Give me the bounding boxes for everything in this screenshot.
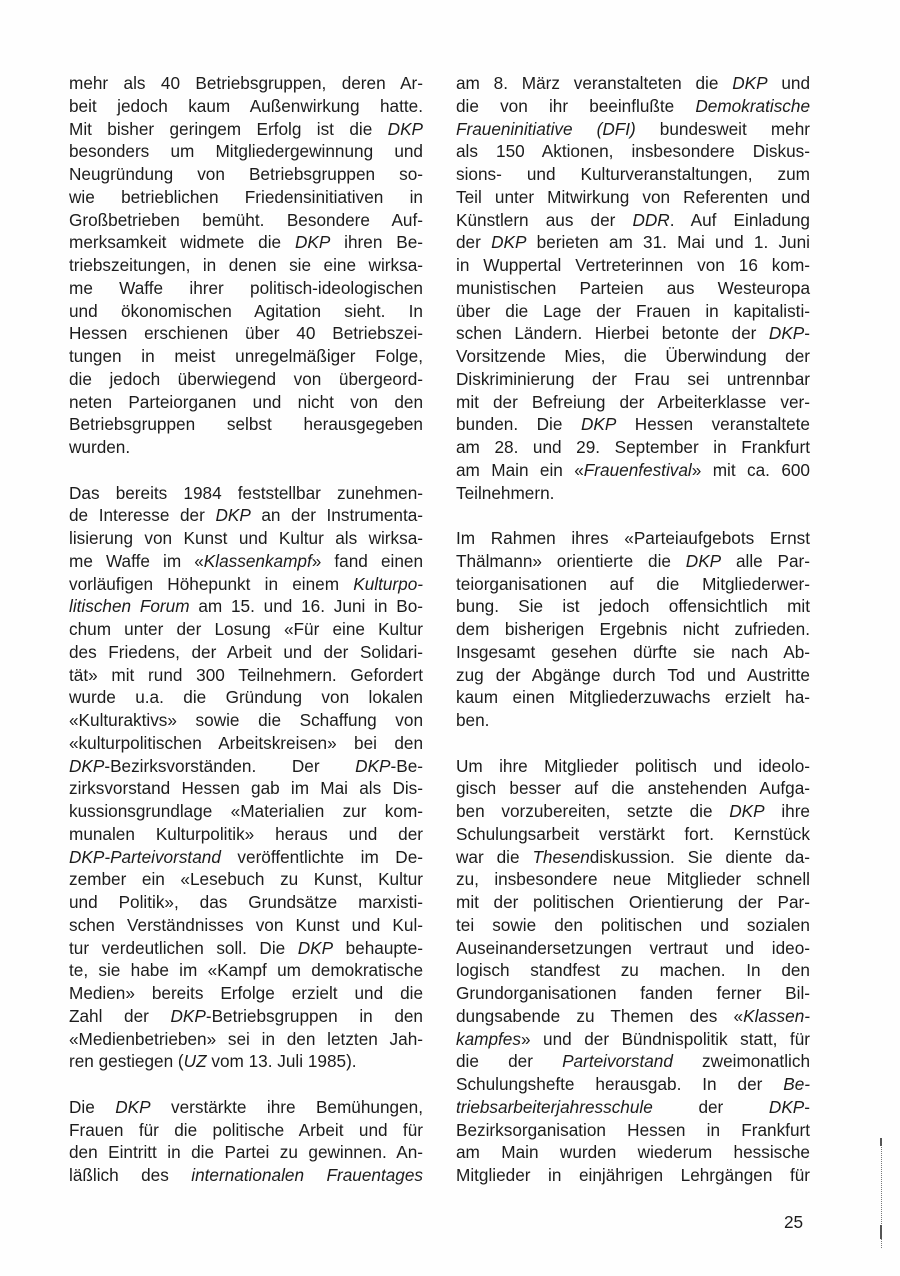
text-segment: te, sie habe im «Kampf um demokratische (69, 960, 423, 980)
text-line: Mitglieder in einjährigen Lehrgängen für (456, 1164, 810, 1187)
text-segment: Grundorganisationen fanden ferner Bil- (456, 983, 810, 1003)
text-segment: am 8. März veranstalteten die (456, 73, 732, 93)
text-segment: Zahl der (69, 1006, 171, 1026)
text-line: «Kulturaktivs» sowie die Schaffung von (69, 709, 423, 732)
scan-edge-tick (880, 1225, 882, 1239)
text-segment: » mit ca. 600 (692, 460, 810, 480)
text-line: tät» mit rund 300 Teilnehmern. Gefordert (69, 664, 423, 687)
text-line: Betriebsgruppen selbst herausgegeben (69, 413, 423, 436)
text-segment: me Waffe im « (69, 551, 204, 571)
text-segment: tät» mit rund 300 Teilnehmern. Gefordert (69, 665, 423, 685)
paragraph: Das bereits 1984 feststellbar zunehmen-d… (69, 482, 423, 1074)
text-line: sions- und Kulturveranstaltungen, zum (456, 163, 810, 186)
text-segment: Frauen für die politische Arbeit und für (69, 1120, 423, 1140)
text-line: tei sowie den politischen und sozialen (456, 914, 810, 937)
text-segment: diskussion. Sie diente da- (590, 847, 810, 867)
text-line: kussionsgrundlage «Materialien zur kom- (69, 800, 423, 823)
text-line: Um ihre Mitglieder politisch und ideolo- (456, 755, 810, 778)
text-segment: Medien» bereits Erfolge erzielt und die (69, 983, 423, 1003)
italic-text: DKP (295, 232, 330, 252)
text-segment: Hessen erschienen über 40 Betriebszei- (69, 323, 423, 343)
text-segment: -Bezirksvorständen. Der (104, 756, 355, 776)
italic-text: DKP (686, 551, 721, 571)
italic-text: DDR (632, 210, 669, 230)
text-segment: Insgesamt gesehen dürfte sie nach Ab- (456, 642, 810, 662)
text-segment: mit der Befreiung der Arbeiterklasse ver… (456, 392, 810, 412)
text-segment: ben. (456, 710, 489, 730)
text-segment: am 15. und 16. Juni in Bo- (190, 596, 423, 616)
italic-text: Frauenfestival (584, 460, 692, 480)
text-segment: besonders um Mitgliedergewinnung und (69, 141, 423, 161)
text-segment: Betriebsgruppen selbst herausgegeben (69, 414, 423, 434)
text-line: munistischen Parteien aus Westeuropa (456, 277, 810, 300)
text-segment: tei sowie den politischen und sozialen (456, 915, 810, 935)
text-segment: ihren Be- (330, 232, 423, 252)
text-segment: läßlich des (69, 1165, 191, 1185)
text-line: Künstlern aus der DDR. Auf Einladung (456, 209, 810, 232)
text-line: gisch besser auf die anstehenden Aufga- (456, 777, 810, 800)
text-segment: beit jedoch kaum Außenwirkung hatte. (69, 96, 423, 116)
text-segment: berieten am 31. Mai und 1. Juni (526, 232, 810, 252)
text-line: Schulungsarbeit verstärkt fort. Kernstüc… (456, 823, 810, 846)
text-line: zu, insbesondere neue Mitglieder schnell (456, 868, 810, 891)
text-segment: Künstlern aus der (456, 210, 632, 230)
text-segment: am Main wurden wiederum hessische (456, 1142, 810, 1162)
text-line: Bezirksorganisation Hessen in Frankfurt (456, 1119, 810, 1142)
italic-text: DKP (298, 938, 333, 958)
text-line: wie betrieblichen Friedensinitiativen in (69, 186, 423, 209)
italic-text: DKP (729, 801, 764, 821)
text-segment: zu, insbesondere neue Mitglieder schnell (456, 869, 810, 889)
italic-text: litischen Forum (69, 596, 190, 616)
text-segment: die jedoch überwiegend von übergeord- (69, 369, 423, 389)
text-segment: zember ein «Lesebuch zu Kunst, Kultur (69, 869, 423, 889)
text-line: dem bisherigen Ergebnis nicht zufrieden. (456, 618, 810, 641)
text-segment: «Kulturaktivs» sowie die Schaffung von (69, 710, 423, 730)
italic-text: DKP (69, 756, 104, 776)
text-line: läßlich des internationalen Frauentages (69, 1164, 423, 1187)
italic-text: internationalen Frauentages (191, 1165, 423, 1185)
text-segment: schen Ländern. Hierbei betonte der (456, 323, 769, 343)
italic-text: kampfes (456, 1029, 521, 1049)
text-line: Grundorganisationen fanden ferner Bil- (456, 982, 810, 1005)
text-line: über die Lage der Frauen in kapitalisti- (456, 300, 810, 323)
italic-text: DKP (769, 323, 804, 343)
text-segment: war die (456, 847, 532, 867)
text-segment: des Friedens, der Arbeit und der Solidar… (69, 642, 423, 662)
text-segment: die der (456, 1051, 562, 1071)
text-segment: teiorganisationen auf die Mitgliederwer- (456, 574, 810, 594)
text-segment: chum unter der Losung «Für eine Kultur (69, 619, 423, 639)
text-segment: der (456, 232, 491, 252)
italic-text: Kulturpo- (353, 574, 423, 594)
text-segment: munalen Kulturpolitik» heraus und der (69, 824, 423, 844)
text-segment: als 150 Aktionen, insbesondere Diskus- (456, 141, 810, 161)
italic-text: DKP (769, 1097, 804, 1117)
italic-text: triebsarbeiterjahresschule (456, 1097, 653, 1117)
text-line: ren gestiegen (UZ vom 13. Juli 1985). (69, 1050, 423, 1073)
text-segment: bung. Sie ist jedoch offensichtlich mit (456, 596, 810, 616)
text-segment: Thälmann» orientierte die (456, 551, 686, 571)
text-line: in Wuppertal Vertreterinnen von 16 kom- (456, 254, 810, 277)
italic-text: DKP (388, 119, 423, 139)
text-segment: bunden. Die (456, 414, 581, 434)
text-segment: me Waffe ihrer politisch-ideologischen (69, 278, 423, 298)
paragraph: mehr als 40 Betriebsgruppen, deren Ar-be… (69, 72, 423, 459)
text-line: die jedoch überwiegend von übergeord- (69, 368, 423, 391)
text-segment: «kulturpolitischen Arbeitskreisen» bei d… (69, 733, 423, 753)
text-line: DKP-Parteivorstand veröffentlichte im De… (69, 846, 423, 869)
paragraph: Im Rahmen ihres «Parteiaufgebots ErnstTh… (456, 527, 810, 732)
italic-text: Thesen (532, 847, 589, 867)
text-line: zember ein «Lesebuch zu Kunst, Kultur (69, 868, 423, 891)
text-segment: sions- und Kulturveranstaltungen, zum (456, 164, 810, 184)
text-line: Frauen für die politische Arbeit und für (69, 1119, 423, 1142)
text-line: neten Parteiorganen und nicht von den (69, 391, 423, 414)
text-segment: . Auf Einladung (670, 210, 810, 230)
text-line: kaum einen Mitgliederzuwachs erzielt ha- (456, 686, 810, 709)
text-line: tur verdeutlichen soll. Die DKP behaupte… (69, 937, 423, 960)
text-segment: Mitglieder in einjährigen Lehrgängen für (456, 1165, 810, 1185)
text-line: Großbetrieben bemüht. Besondere Auf- (69, 209, 423, 232)
text-line: «kulturpolitischen Arbeitskreisen» bei d… (69, 732, 423, 755)
right-column: am 8. März veranstalteten die DKP unddie… (456, 72, 810, 1210)
italic-text: Klassenkampf (204, 551, 312, 571)
text-line: Das bereits 1984 feststellbar zunehmen- (69, 482, 423, 505)
text-segment: Die (69, 1097, 115, 1117)
text-line: und Politik», das Grundsätze marxisti- (69, 891, 423, 914)
text-segment: und (768, 73, 810, 93)
text-segment: ihre (765, 801, 810, 821)
text-line: Neugründung von Betriebsgruppen so- (69, 163, 423, 186)
text-line: Diskriminierung der Frau sei untrennbar (456, 368, 810, 391)
text-segment: wurden. (69, 437, 130, 457)
text-segment: «Medienbetrieben» sei in den letzten Jah… (69, 1029, 423, 1049)
italic-text: DKP (581, 414, 616, 434)
text-line: mit der Befreiung der Arbeiterklasse ver… (456, 391, 810, 414)
text-segment: Im Rahmen ihres «Parteiaufgebots Ernst (456, 528, 810, 548)
text-line: chum unter der Losung «Für eine Kultur (69, 618, 423, 641)
text-line: und ökonomischen Agitation sieht. In (69, 300, 423, 323)
italic-text: DKP (215, 505, 250, 525)
italic-text: DKP (115, 1097, 150, 1117)
text-line: munalen Kulturpolitik» heraus und der (69, 823, 423, 846)
text-segment: » und der Bündnispolitik statt, für (521, 1029, 810, 1049)
text-segment: Auseinandersetzungen vertraut und ideo- (456, 938, 810, 958)
text-segment: gisch besser auf die anstehenden Aufga- (456, 778, 810, 798)
text-line: die von ihr beeinflußte Demokratische (456, 95, 810, 118)
text-line: me Waffe ihrer politisch-ideologischen (69, 277, 423, 300)
text-line: des Friedens, der Arbeit und der Solidar… (69, 641, 423, 664)
text-segment: Bezirksorganisation Hessen in Frankfurt (456, 1120, 810, 1140)
text-segment: Mit bisher geringem Erfolg ist die (69, 119, 388, 139)
text-line: die der Parteivorstand zweimonatlich (456, 1050, 810, 1073)
italic-text: Parteivorstand (562, 1051, 673, 1071)
text-line: Im Rahmen ihres «Parteiaufgebots Ernst (456, 527, 810, 550)
text-segment: schen Verständnisses von Kunst und Kul- (69, 915, 423, 935)
italic-text: Fraueninitiative (DFI) (456, 119, 636, 139)
text-segment: dungsabende zu Themen des « (456, 1006, 743, 1026)
text-segment: Großbetrieben bemüht. Besondere Auf- (69, 210, 423, 230)
text-segment: Um ihre Mitglieder politisch und ideolo- (456, 756, 810, 776)
text-segment: triebszeitungen, in denen sie eine wirks… (69, 255, 423, 275)
text-segment: wurde u.a. die Gründung von lokalen (69, 687, 423, 707)
text-segment: kaum einen Mitgliederzuwachs erzielt ha- (456, 687, 810, 707)
text-segment: Das bereits 1984 feststellbar zunehmen- (69, 483, 423, 503)
text-segment: neten Parteiorganen und nicht von den (69, 392, 423, 412)
text-segment: alle Par- (721, 551, 810, 571)
text-segment: zug der Abgänge durch Tod und Austritte (456, 665, 810, 685)
text-line: zug der Abgänge durch Tod und Austritte (456, 664, 810, 687)
text-segment: vom 13. Juli 1985). (207, 1051, 357, 1071)
text-line: Vorsitzende Mies, die Überwindung der (456, 345, 810, 368)
text-line: vorläufigen Höhepunkt in einem Kulturpo- (69, 573, 423, 596)
text-line: «Medienbetrieben» sei in den letzten Jah… (69, 1028, 423, 1051)
text-line: Thälmann» orientierte die DKP alle Par- (456, 550, 810, 573)
text-line: beit jedoch kaum Außenwirkung hatte. (69, 95, 423, 118)
text-line: triebsarbeiterjahresschule der DKP- (456, 1096, 810, 1119)
text-segment: an der Instrumenta- (251, 505, 423, 525)
text-line: Teilnehmern. (456, 482, 810, 505)
text-segment: am Main ein « (456, 460, 584, 480)
text-segment: und ökonomischen Agitation sieht. In (69, 301, 423, 321)
page-number: 25 (784, 1212, 803, 1233)
text-line: Zahl der DKP-Betriebsgruppen in den (69, 1005, 423, 1028)
text-segment: der (653, 1097, 769, 1117)
text-segment: lisierung von Kunst und Kultur als wirks… (69, 528, 423, 548)
paragraph: Um ihre Mitglieder politisch und ideolo-… (456, 755, 810, 1187)
text-line: zirksvorstand Hessen gab im Mai als Dis- (69, 777, 423, 800)
text-segment: wie betrieblichen Friedensinitiativen in (69, 187, 423, 207)
italic-text: Demokratische (695, 96, 810, 116)
text-line: schen Ländern. Hierbei betonte der DKP- (456, 322, 810, 345)
paragraph: am 8. März veranstalteten die DKP unddie… (456, 72, 810, 504)
text-line: litischen Forum am 15. und 16. Juni in B… (69, 595, 423, 618)
text-line: teiorganisationen auf die Mitgliederwer- (456, 573, 810, 596)
text-line: Hessen erschienen über 40 Betriebszei- (69, 322, 423, 345)
text-segment: logisch standfest zu machen. In den (456, 960, 810, 980)
text-line: te, sie habe im «Kampf um demokratische (69, 959, 423, 982)
text-segment: behaupte- (333, 938, 423, 958)
text-line: kampfes» und der Bündnispolitik statt, f… (456, 1028, 810, 1051)
text-segment: mehr als 40 Betriebsgruppen, deren Ar- (69, 73, 423, 93)
italic-text: DKP (732, 73, 767, 93)
text-line: de Interesse der DKP an der Instrumenta- (69, 504, 423, 527)
text-line: am 8. März veranstalteten die DKP und (456, 72, 810, 95)
text-segment: über die Lage der Frauen in kapitalisti- (456, 301, 810, 321)
scan-edge-tick (880, 1138, 882, 1146)
text-segment: munistischen Parteien aus Westeuropa (456, 278, 810, 298)
italic-text: DKP (491, 232, 526, 252)
text-line: Medien» bereits Erfolge erzielt und die (69, 982, 423, 1005)
text-line: dungsabende zu Themen des «Klassen- (456, 1005, 810, 1028)
text-line: Schulungshefte herausgab. In der Be- (456, 1073, 810, 1096)
text-segment: tur verdeutlichen soll. Die (69, 938, 298, 958)
text-segment: - (804, 1097, 810, 1117)
text-line: mit der politischen Orientierung der Par… (456, 891, 810, 914)
text-segment: Neugründung von Betriebsgruppen so- (69, 164, 423, 184)
text-segment: Teilnehmern. (456, 483, 554, 503)
text-segment: tungen in meist unregelmäßiger Folge, (69, 346, 423, 366)
text-line: ben. (456, 709, 810, 732)
text-segment: zweimonatlich (673, 1051, 810, 1071)
text-line: triebszeitungen, in denen sie eine wirks… (69, 254, 423, 277)
text-segment: am 28. und 29. September in Frankfurt (456, 437, 810, 457)
text-line: mehr als 40 Betriebsgruppen, deren Ar- (69, 72, 423, 95)
text-line: Mit bisher geringem Erfolg ist die DKP (69, 118, 423, 141)
text-line: am Main ein «Frauenfestival» mit ca. 600 (456, 459, 810, 482)
text-segment: die von ihr beeinflußte (456, 96, 695, 116)
text-line: ben vorzubereiten, setzte die DKP ihre (456, 800, 810, 823)
text-line: Auseinandersetzungen vertraut und ideo- (456, 937, 810, 960)
text-line: wurden. (69, 436, 423, 459)
text-line: me Waffe im «Klassenkampf» fand einen (69, 550, 423, 573)
text-segment: bundesweit mehr (636, 119, 810, 139)
text-line: Insgesamt gesehen dürfte sie nach Ab- (456, 641, 810, 664)
text-segment: Diskriminierung der Frau sei untrennbar (456, 369, 810, 389)
text-segment: Schulungsarbeit verstärkt fort. Kernstüc… (456, 824, 810, 844)
text-line: tungen in meist unregelmäßiger Folge, (69, 345, 423, 368)
document-page: mehr als 40 Betriebsgruppen, deren Ar-be… (0, 0, 900, 1276)
text-segment: mit der politischen Orientierung der Par… (456, 892, 810, 912)
text-segment: » fand einen (312, 551, 423, 571)
text-segment: den Eintritt in die Partei zu gewinnen. … (69, 1142, 423, 1162)
text-segment: Schulungshefte herausgab. In der (456, 1074, 783, 1094)
text-segment: veröffentlichte im De- (221, 847, 423, 867)
text-segment: Vorsitzende Mies, die Überwindung der (456, 346, 810, 366)
text-segment: dem bisherigen Ergebnis nicht zufrieden. (456, 619, 810, 639)
text-line: besonders um Mitgliedergewinnung und (69, 140, 423, 163)
italic-text: DKP (171, 1006, 206, 1026)
text-segment: -Be- (391, 756, 423, 776)
text-line: merksamkeit widmete die DKP ihren Be- (69, 231, 423, 254)
text-segment: kussionsgrundlage «Materialien zur kom- (69, 801, 423, 821)
text-line: schen Verständnisses von Kunst und Kul- (69, 914, 423, 937)
italic-text: Klassen- (743, 1006, 810, 1026)
text-line: Teil unter Mitwirkung von Referenten und (456, 186, 810, 209)
text-line: Fraueninitiative (DFI) bundesweit mehr (456, 118, 810, 141)
text-segment: vorläufigen Höhepunkt in einem (69, 574, 353, 594)
text-segment: -Betriebsgruppen in den (206, 1006, 423, 1026)
text-segment: - (804, 323, 810, 343)
text-line: am 28. und 29. September in Frankfurt (456, 436, 810, 459)
text-segment: ben vorzubereiten, setzte die (456, 801, 729, 821)
text-line: war die Thesendiskussion. Sie diente da- (456, 846, 810, 869)
left-column: mehr als 40 Betriebsgruppen, deren Ar-be… (69, 72, 423, 1210)
text-line: bung. Sie ist jedoch offensichtlich mit (456, 595, 810, 618)
text-segment: merksamkeit widmete die (69, 232, 295, 252)
text-segment: und Politik», das Grundsätze marxisti- (69, 892, 423, 912)
text-segment: in Wuppertal Vertreterinnen von 16 kom- (456, 255, 810, 275)
text-line: lisierung von Kunst und Kultur als wirks… (69, 527, 423, 550)
italic-text: DKP (355, 756, 390, 776)
text-line: wurde u.a. die Gründung von lokalen (69, 686, 423, 709)
text-line: bunden. Die DKP Hessen veranstaltete (456, 413, 810, 436)
italic-text: DKP-Parteivorstand (69, 847, 221, 867)
text-line: den Eintritt in die Partei zu gewinnen. … (69, 1141, 423, 1164)
text-line: am Main wurden wiederum hessische (456, 1141, 810, 1164)
text-segment: ren gestiegen ( (69, 1051, 184, 1071)
text-line: als 150 Aktionen, insbesondere Diskus- (456, 140, 810, 163)
text-line: logisch standfest zu machen. In den (456, 959, 810, 982)
italic-text: Be- (783, 1074, 810, 1094)
text-line: DKP-Bezirksvorständen. Der DKP-Be- (69, 755, 423, 778)
text-segment: verstärkte ihre Bemühungen, (151, 1097, 423, 1117)
text-segment: zirksvorstand Hessen gab im Mai als Dis- (69, 778, 423, 798)
paragraph: Die DKP verstärkte ihre Bemühungen,Fraue… (69, 1096, 423, 1187)
italic-text: UZ (184, 1051, 207, 1071)
text-line: Die DKP verstärkte ihre Bemühungen, (69, 1096, 423, 1119)
text-line: der DKP berieten am 31. Mai und 1. Juni (456, 231, 810, 254)
text-segment: Teil unter Mitwirkung von Referenten und (456, 187, 810, 207)
text-segment: de Interesse der (69, 505, 215, 525)
text-segment: Hessen veranstaltete (616, 414, 810, 434)
